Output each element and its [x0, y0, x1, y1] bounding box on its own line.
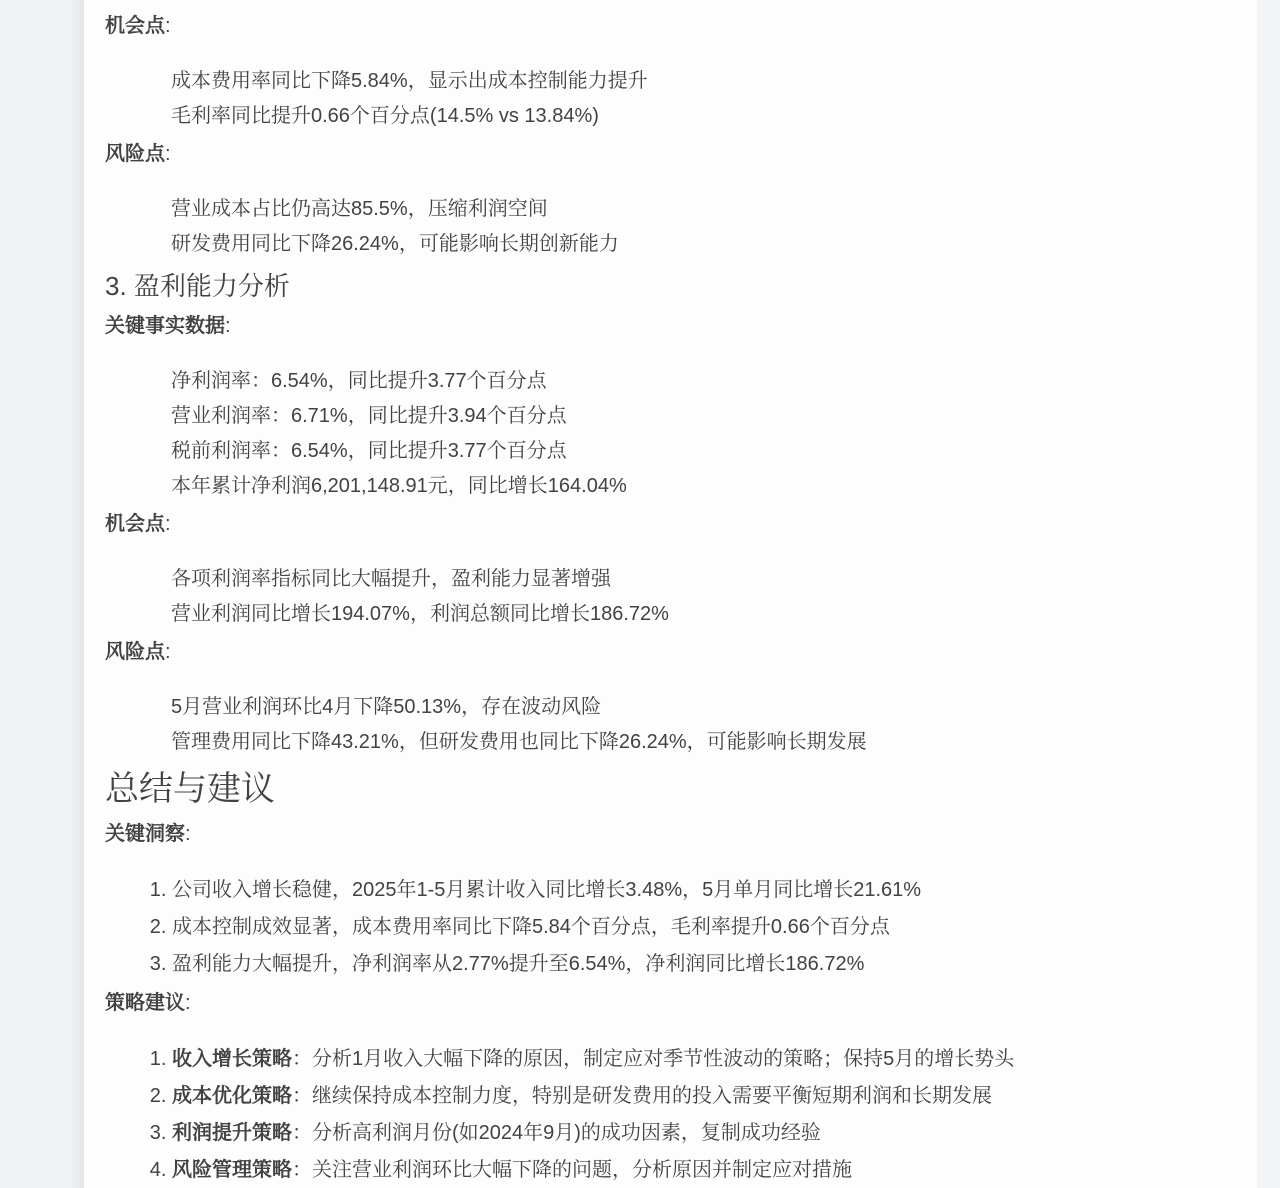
risk-label-text: 风险点 — [105, 641, 165, 663]
risk-label-text: 风险点 — [105, 143, 165, 165]
key-insights-label-text: 关键洞察 — [105, 823, 185, 845]
risk-label: 风险点: — [105, 638, 1217, 666]
key-facts-label-text: 关键事实数据 — [105, 315, 225, 337]
label-colon: : — [185, 823, 191, 845]
strategy-desc: ：分析高利润月份(如2024年9月)的成功因素，复制成功经验 — [292, 1122, 821, 1144]
risk-label: 风险点: — [105, 140, 1217, 168]
strategy-item: 成本优化策略：继续保持成本控制力度，特别是研发费用的投入需要平衡短期利润和长期发… — [172, 1078, 1217, 1115]
list-item: 研发费用同比下降26.24%，可能影响长期创新能力 — [171, 227, 1217, 262]
insight-item: 公司收入增长稳健，2025年1-5月累计收入同比增长3.48%，5月单月同比增长… — [172, 872, 1217, 909]
label-colon: : — [165, 641, 171, 663]
strategy-desc: ：分析1月收入大幅下降的原因，制定应对季节性波动的策略；保持5月的增长势头 — [292, 1048, 1014, 1070]
opportunity-label-text: 机会点 — [105, 15, 165, 37]
list-item: 毛利率同比提升0.66个百分点(14.5% vs 13.84%) — [171, 99, 1217, 134]
strategy-item: 风险管理策略：关注营业利润环比大幅下降的问题，分析原因并制定应对措施 — [172, 1152, 1217, 1188]
label-colon: : — [185, 992, 191, 1014]
list-item: 税前利润率：6.54%，同比提升3.77个百分点 — [171, 434, 1217, 469]
risk-list: 5月营业利润环比4月下降50.13%，存在波动风险 管理费用同比下降43.21%… — [105, 690, 1217, 760]
opportunity-label: 机会点: — [105, 510, 1217, 538]
strategy-desc: ：继续保持成本控制力度，特别是研发费用的投入需要平衡短期利润和长期发展 — [292, 1085, 992, 1107]
key-insights-list: 公司收入增长稳健，2025年1-5月累计收入同比增长3.48%，5月单月同比增长… — [105, 872, 1217, 983]
summary-section-heading: 总结与建议 — [105, 766, 1217, 812]
left-margin-band — [0, 0, 84, 1188]
label-colon: : — [225, 315, 231, 337]
insight-item: 成本控制成效显著，成本费用率同比下降5.84个百分点，毛利率提升0.66个百分点 — [172, 909, 1217, 946]
list-item: 净利润率：6.54%，同比提升3.77个百分点 — [171, 364, 1217, 399]
strategy-term: 成本优化策略 — [172, 1085, 292, 1107]
key-facts-list: 净利润率：6.54%，同比提升3.77个百分点 营业利润率：6.71%，同比提升… — [105, 364, 1217, 504]
strategy-advice-label: 策略建议: — [105, 989, 1217, 1017]
list-item: 成本费用率同比下降5.84%，显示出成本控制能力提升 — [171, 64, 1217, 99]
key-facts-label: 关键事实数据: — [105, 312, 1217, 340]
list-item: 营业利润同比增长194.07%，利润总额同比增长186.72% — [171, 597, 1217, 632]
strategy-desc: ：关注营业利润环比大幅下降的问题，分析原因并制定应对措施 — [292, 1159, 852, 1181]
opportunity-label: 机会点: — [105, 12, 1217, 40]
strategy-term: 利润提升策略 — [172, 1122, 292, 1144]
opportunity-list: 各项利润率指标同比大幅提升，盈利能力显著增强 营业利润同比增长194.07%，利… — [105, 562, 1217, 632]
right-margin-band — [1257, 0, 1280, 1188]
label-colon: : — [165, 143, 171, 165]
label-colon: : — [165, 513, 171, 535]
strategy-advice-list: 收入增长策略：分析1月收入大幅下降的原因，制定应对季节性波动的策略；保持5月的增… — [105, 1041, 1217, 1188]
strategy-term: 风险管理策略 — [172, 1159, 292, 1181]
risk-list: 营业成本占比仍高达85.5%，压缩利润空间 研发费用同比下降26.24%，可能影… — [105, 192, 1217, 262]
profitability-section-heading: 3. 盈利能力分析 — [105, 268, 1217, 304]
strategy-advice-label-text: 策略建议 — [105, 992, 185, 1014]
opportunity-list: 成本费用率同比下降5.84%，显示出成本控制能力提升 毛利率同比提升0.66个百… — [105, 64, 1217, 134]
list-item: 营业成本占比仍高达85.5%，压缩利润空间 — [171, 192, 1217, 227]
key-insights-label: 关键洞察: — [105, 820, 1217, 848]
label-colon: : — [165, 15, 171, 37]
strategy-item: 收入增长策略：分析1月收入大幅下降的原因，制定应对季节性波动的策略；保持5月的增… — [172, 1041, 1217, 1078]
report-document-panel: 机会点: 成本费用率同比下降5.84%，显示出成本控制能力提升 毛利率同比提升0… — [84, 0, 1257, 1188]
opportunity-label-text: 机会点 — [105, 513, 165, 535]
list-item: 营业利润率：6.71%，同比提升3.94个百分点 — [171, 399, 1217, 434]
strategy-term: 收入增长策略 — [172, 1048, 292, 1070]
list-item: 管理费用同比下降43.21%，但研发费用也同比下降26.24%，可能影响长期发展 — [171, 725, 1217, 760]
list-item: 本年累计净利润6,201,148.91元，同比增长164.04% — [171, 469, 1217, 504]
list-item: 5月营业利润环比4月下降50.13%，存在波动风险 — [171, 690, 1217, 725]
insight-item: 盈利能力大幅提升，净利润率从2.77%提升至6.54%，净利润同比增长186.7… — [172, 946, 1217, 983]
list-item: 各项利润率指标同比大幅提升，盈利能力显著增强 — [171, 562, 1217, 597]
strategy-item: 利润提升策略：分析高利润月份(如2024年9月)的成功因素，复制成功经验 — [172, 1115, 1217, 1152]
